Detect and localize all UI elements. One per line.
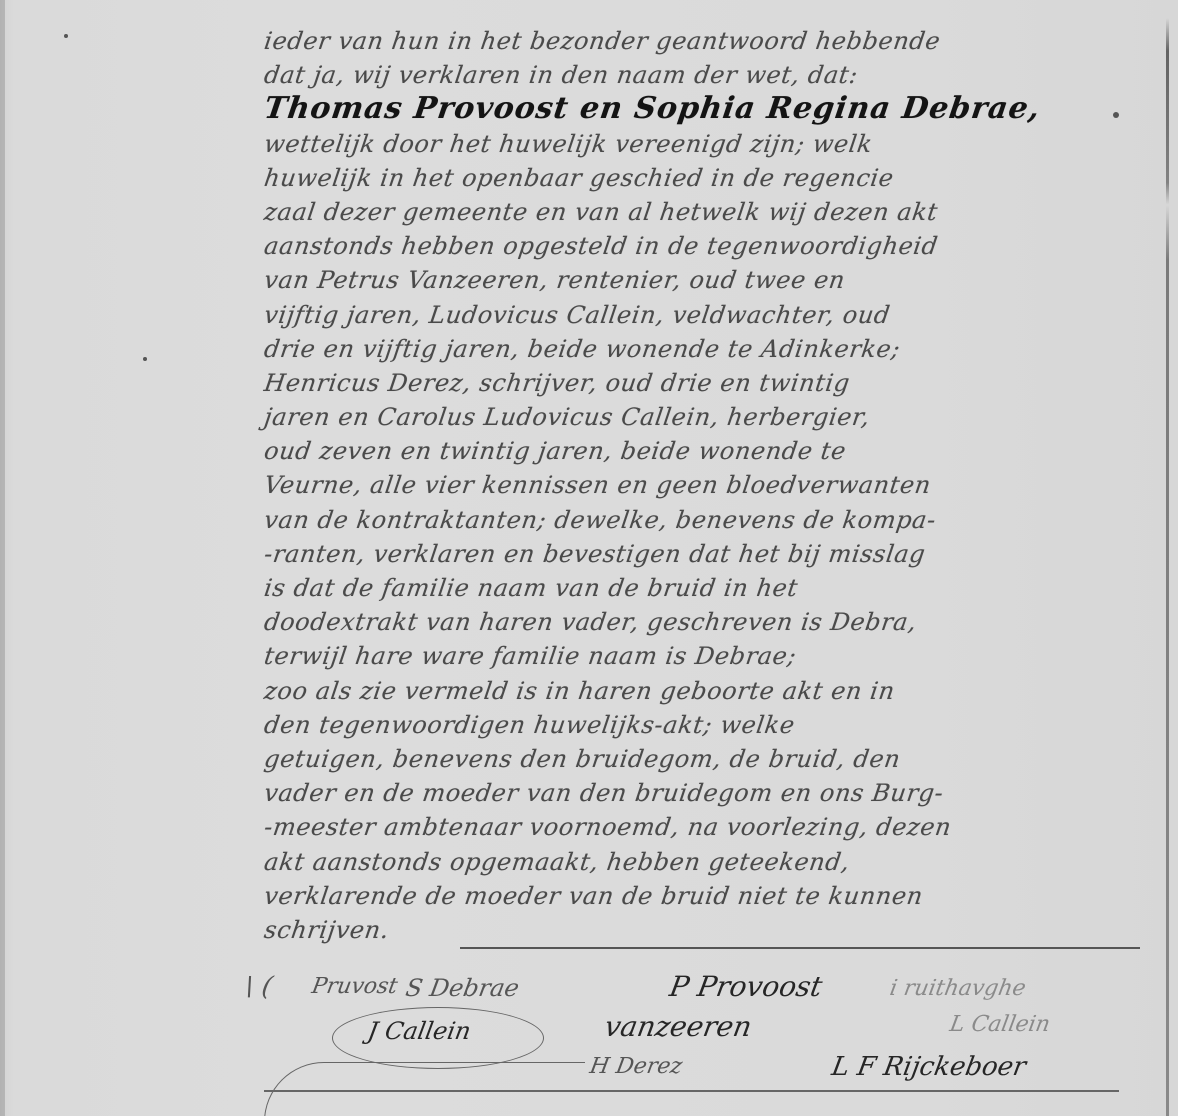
text-line: is dat de familie naam van de bruid in h… — [262, 571, 1147, 605]
signature-l-callein: L Callein — [948, 1012, 1052, 1037]
scanned-page: ieder van hun in het bezonder geantwoord… — [0, 0, 1178, 1116]
text-line: vader en de moeder van den bruidegom en … — [262, 776, 1147, 810]
text-line: dat ja, wij verklaren in den naam der we… — [262, 58, 1147, 92]
signature-j-callein: J Callein — [366, 1017, 474, 1045]
text-line: terwijl hare ware familie naam is Debrae… — [262, 639, 1147, 673]
text-line: huwelijk in het openbaar geschied in de … — [262, 161, 1147, 195]
signature-vanzeeren: vanzeeren — [602, 1010, 754, 1043]
signature-ruithavghe: i ruithavghe — [888, 976, 1028, 1001]
signature-derez: H Derez — [588, 1054, 684, 1079]
page-binding-edge — [0, 0, 5, 1116]
text-line: -ranten, verklaren en bevestigen dat het… — [262, 537, 1147, 571]
right-margin-rule — [1166, 18, 1169, 1116]
signature-flourish-sweep — [264, 1062, 585, 1116]
text-line: wettelijk door het huwelijk vereenigd zi… — [262, 127, 1147, 161]
text-line: -meester ambtenaar voornoemd, na voorlez… — [262, 810, 1147, 844]
text-line: vijftig jaren, Ludovicus Callein, veldwa… — [262, 298, 1147, 332]
text-line: zaal dezer gemeente en van al hetwelk wi… — [262, 195, 1147, 229]
text-line: van de kontraktanten; dewelke, benevens … — [262, 503, 1147, 537]
ink-speck — [64, 34, 68, 38]
text-line: schrijven. — [262, 913, 1147, 947]
text-line: jaren en Carolus Ludovicus Callein, herb… — [262, 400, 1147, 434]
text-line: ieder van hun in het bezonder geantwoord… — [262, 24, 1147, 58]
signature-rijckeboer: L F Rijckeboer — [829, 1052, 1028, 1082]
signatures-area: \ ( Pruvost S Debrae P Provoost i ruitha… — [250, 962, 1178, 1116]
signature-pruvost: Pruvost — [310, 974, 400, 999]
ink-speck — [143, 357, 147, 361]
couple-names-line: Thomas Provoost en Sophia Regina Debrae, — [262, 92, 1147, 126]
text-line: akt aanstonds opgemaakt, hebben geteeken… — [262, 845, 1147, 879]
text-line: zoo als zie vermeld is in haren geboorte… — [262, 674, 1147, 708]
text-line: doodextrakt van haren vader, geschreven … — [262, 605, 1147, 639]
text-line: den tegenwoordigen huwelijks-akt; welke — [262, 708, 1147, 742]
bottom-rule — [264, 1090, 1119, 1092]
text-line: verklarende de moeder van de bruid niet … — [262, 879, 1147, 913]
signature-mark: \ ( — [242, 972, 274, 1002]
text-line: drie en vijftig jaren, beide wonende te … — [262, 332, 1147, 366]
text-line: Henricus Derez, schrijver, oud drie en t… — [262, 366, 1147, 400]
text-line: getuigen, benevens den bruidegom, de bru… — [262, 742, 1147, 776]
text-line: aanstonds hebben opgesteld in de tegenwo… — [262, 229, 1147, 263]
text-line: oud zeven en twintig jaren, beide wonend… — [262, 434, 1147, 468]
text-line: van Petrus Vanzeeren, rentenier, oud twe… — [262, 263, 1147, 297]
signature-debrae: S Debrae — [404, 974, 522, 1002]
closing-line-rule — [460, 947, 1140, 949]
signature-provoost: P Provoost — [667, 970, 825, 1003]
text-line: Veurne, alle vier kennissen en geen bloe… — [262, 468, 1147, 502]
record-body-text: ieder van hun in het bezonder geantwoord… — [262, 24, 1142, 947]
